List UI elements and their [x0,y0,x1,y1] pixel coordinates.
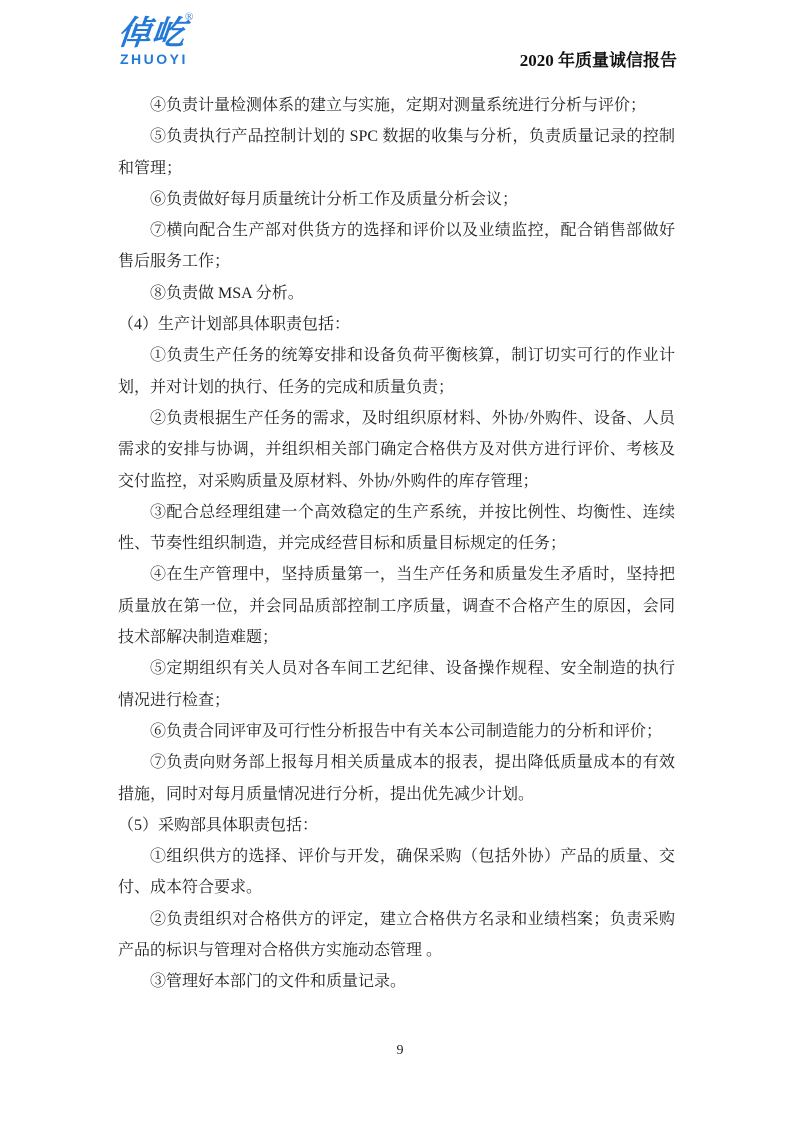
section-heading-4: （4）生产计划部具体职责包括： [118,309,675,340]
paragraph-item-1: ①负责生产任务的统筹安排和设备负荷平衡核算，制订切实可行的作业计划，并对计划的执… [118,340,675,403]
logo-wordmark-row: 倬屹® [118,16,194,49]
report-title: 2020 年质量诚信报告 [520,46,677,71]
paragraph-item-4: ④负责计量检测体系的建立与实施，定期对测量系统进行分析与评价； [118,90,675,121]
company-logo: 倬屹® ZHUOYI [118,16,194,66]
paragraph-item-7b: ⑦负责向财务部上报每月相关质量成本的报表，提出降低质量成本的有效措施，同时对每月… [118,747,675,810]
paragraph-item-2: ②负责根据生产任务的需求，及时组织原材料、外协/外购件、设备、人员需求的安排与协… [118,403,675,497]
paragraph-item-5b: ⑤定期组织有关人员对各车间工艺纪律、设备操作规程、安全制造的执行情况进行检查； [118,653,675,716]
paragraph-item-4b: ④在生产管理中，坚持质量第一，当生产任务和质量发生矛盾时，坚持把质量放在第一位，… [118,559,675,653]
paragraph-item-2b: ②负责组织对合格供方的评定，建立合格供方名录和业绩档案；负责采购产品的标识与管理… [118,904,675,967]
paragraph-item-3: ③配合总经理组建一个高效稳定的生产系统，并按比例性、均衡性、连续性、节奏性组织制… [118,497,675,560]
logo-latin-name: ZHUOYI [120,52,194,66]
paragraph-item-3b: ③管理好本部门的文件和质量记录。 [118,966,675,997]
logo-wordmark: 倬屹 [116,16,187,49]
paragraph-item-5: ⑤负责执行产品控制计划的 SPC 数据的收集与分析，负责质量记录的控制和管理； [118,121,675,184]
page-number: 9 [397,1043,404,1058]
document-body: ④负责计量检测体系的建立与实施，定期对测量系统进行分析与评价； ⑤负责执行产品控… [118,90,675,998]
paragraph-item-6b: ⑥负责合同评审及可行性分析报告中有关本公司制造能力的分析和评价； [118,716,675,747]
registered-trademark-icon: ® [185,11,193,23]
paragraph-item-8: ⑧负责做 MSA 分析。 [118,278,675,309]
document-page: 倬屹® ZHUOYI 2020 年质量诚信报告 ④负责计量检测体系的建立与实施，… [0,0,800,1131]
page-header: 倬屹® ZHUOYI 2020 年质量诚信报告 [118,16,677,80]
page-footer: 9 [0,1043,800,1059]
paragraph-item-7: ⑦横向配合生产部对供货方的选择和评价以及业绩监控，配合销售部做好售后服务工作； [118,215,675,278]
paragraph-item-6: ⑥负责做好每月质量统计分析工作及质量分析会议； [118,184,675,215]
section-heading-5: （5）采购部具体职责包括： [118,810,675,841]
paragraph-item-1b: ①组织供方的选择、评价与开发，确保采购（包括外协）产品的质量、交付、成本符合要求… [118,841,675,904]
